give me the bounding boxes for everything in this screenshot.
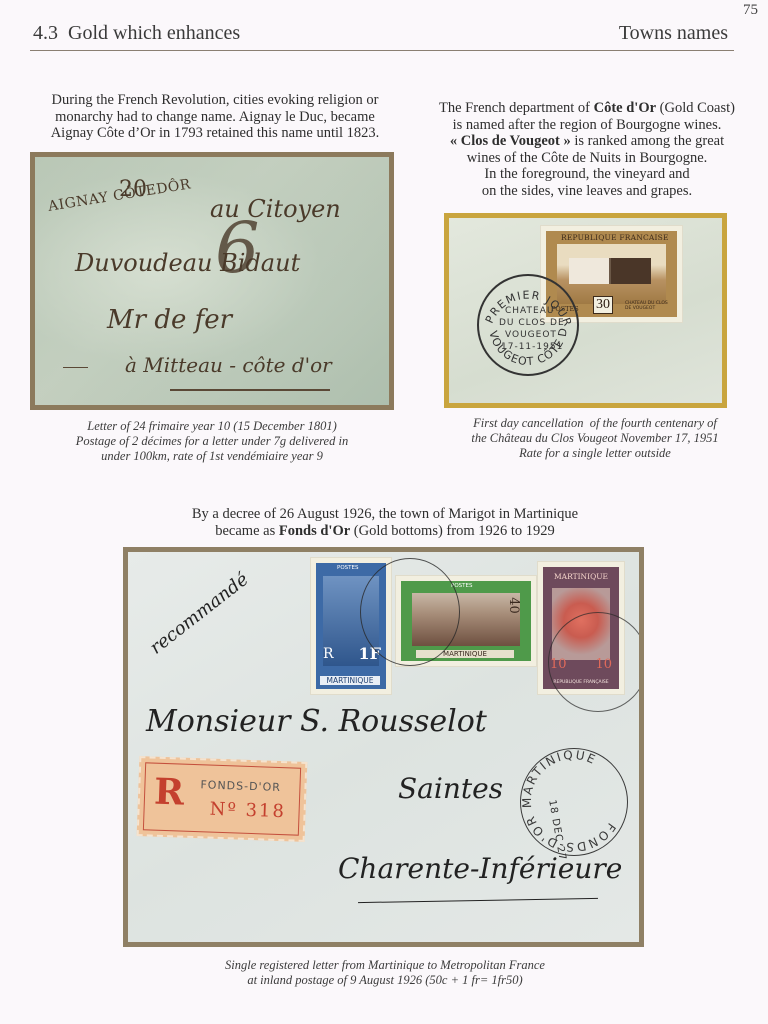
first-day-postmark: PREMIER JOUR VOUGEOT CÔTE D'OR CHATEAU D… [477,274,579,376]
margin-dash [63,367,88,368]
underline [170,389,330,391]
registration-label: R FONDS-D'OR Nº 318 [137,756,308,842]
destination-town: Saintes [398,772,503,805]
fonds-dor-postmark: FONDS-D'OR MARTINIQUE 18 DEC 27 [520,748,628,856]
addressee: Monsieur S. Rousselot [146,704,487,739]
destination-department: Charente-Inférieure [338,852,622,885]
section-title: 4.3 Gold which enhances [33,22,240,45]
header-rule [30,50,734,51]
left-caption: Letter of 24 frimaire year 10 (15 Decemb… [30,419,394,464]
rate-mark: 6 [215,207,260,289]
cancel-mark-1 [360,558,460,666]
section-subtitle: Towns names [619,22,728,45]
bottom-description: By a decree of 26 August 1926, the town … [120,506,650,539]
svg-text:FONDS-D'OR MARTINIQUE: FONDS-D'OR MARTINIQUE [519,747,627,855]
cancel-mark-2 [548,612,644,712]
handwriting-line-4: à Mitteau - côte d'or [125,353,332,377]
cover-1926-image: recommandé POSTES 1F R MARTINIQUE POSTES… [123,547,644,947]
page-number: 75 [743,2,758,19]
cover-1951-image: REPUBLIQUE FRANCAISE POSTES 30 CHATEAU D… [444,213,727,408]
right-description: The French department of Côte d'Or (Gold… [412,100,762,199]
handwriting-line-2: Duvoudeau Bidaut [75,249,300,277]
handwriting-line-3: Mr de fer [107,305,232,335]
right-caption: First day cancellation of the fourth cen… [430,416,760,461]
cover-1801-image: 20 AIGNAY CÔTEDÔR au Citoyen Duvoudeau B… [30,152,394,410]
bottom-caption: Single registered letter from Martinique… [120,958,650,988]
left-description: During the French Revolution, cities evo… [30,92,400,142]
